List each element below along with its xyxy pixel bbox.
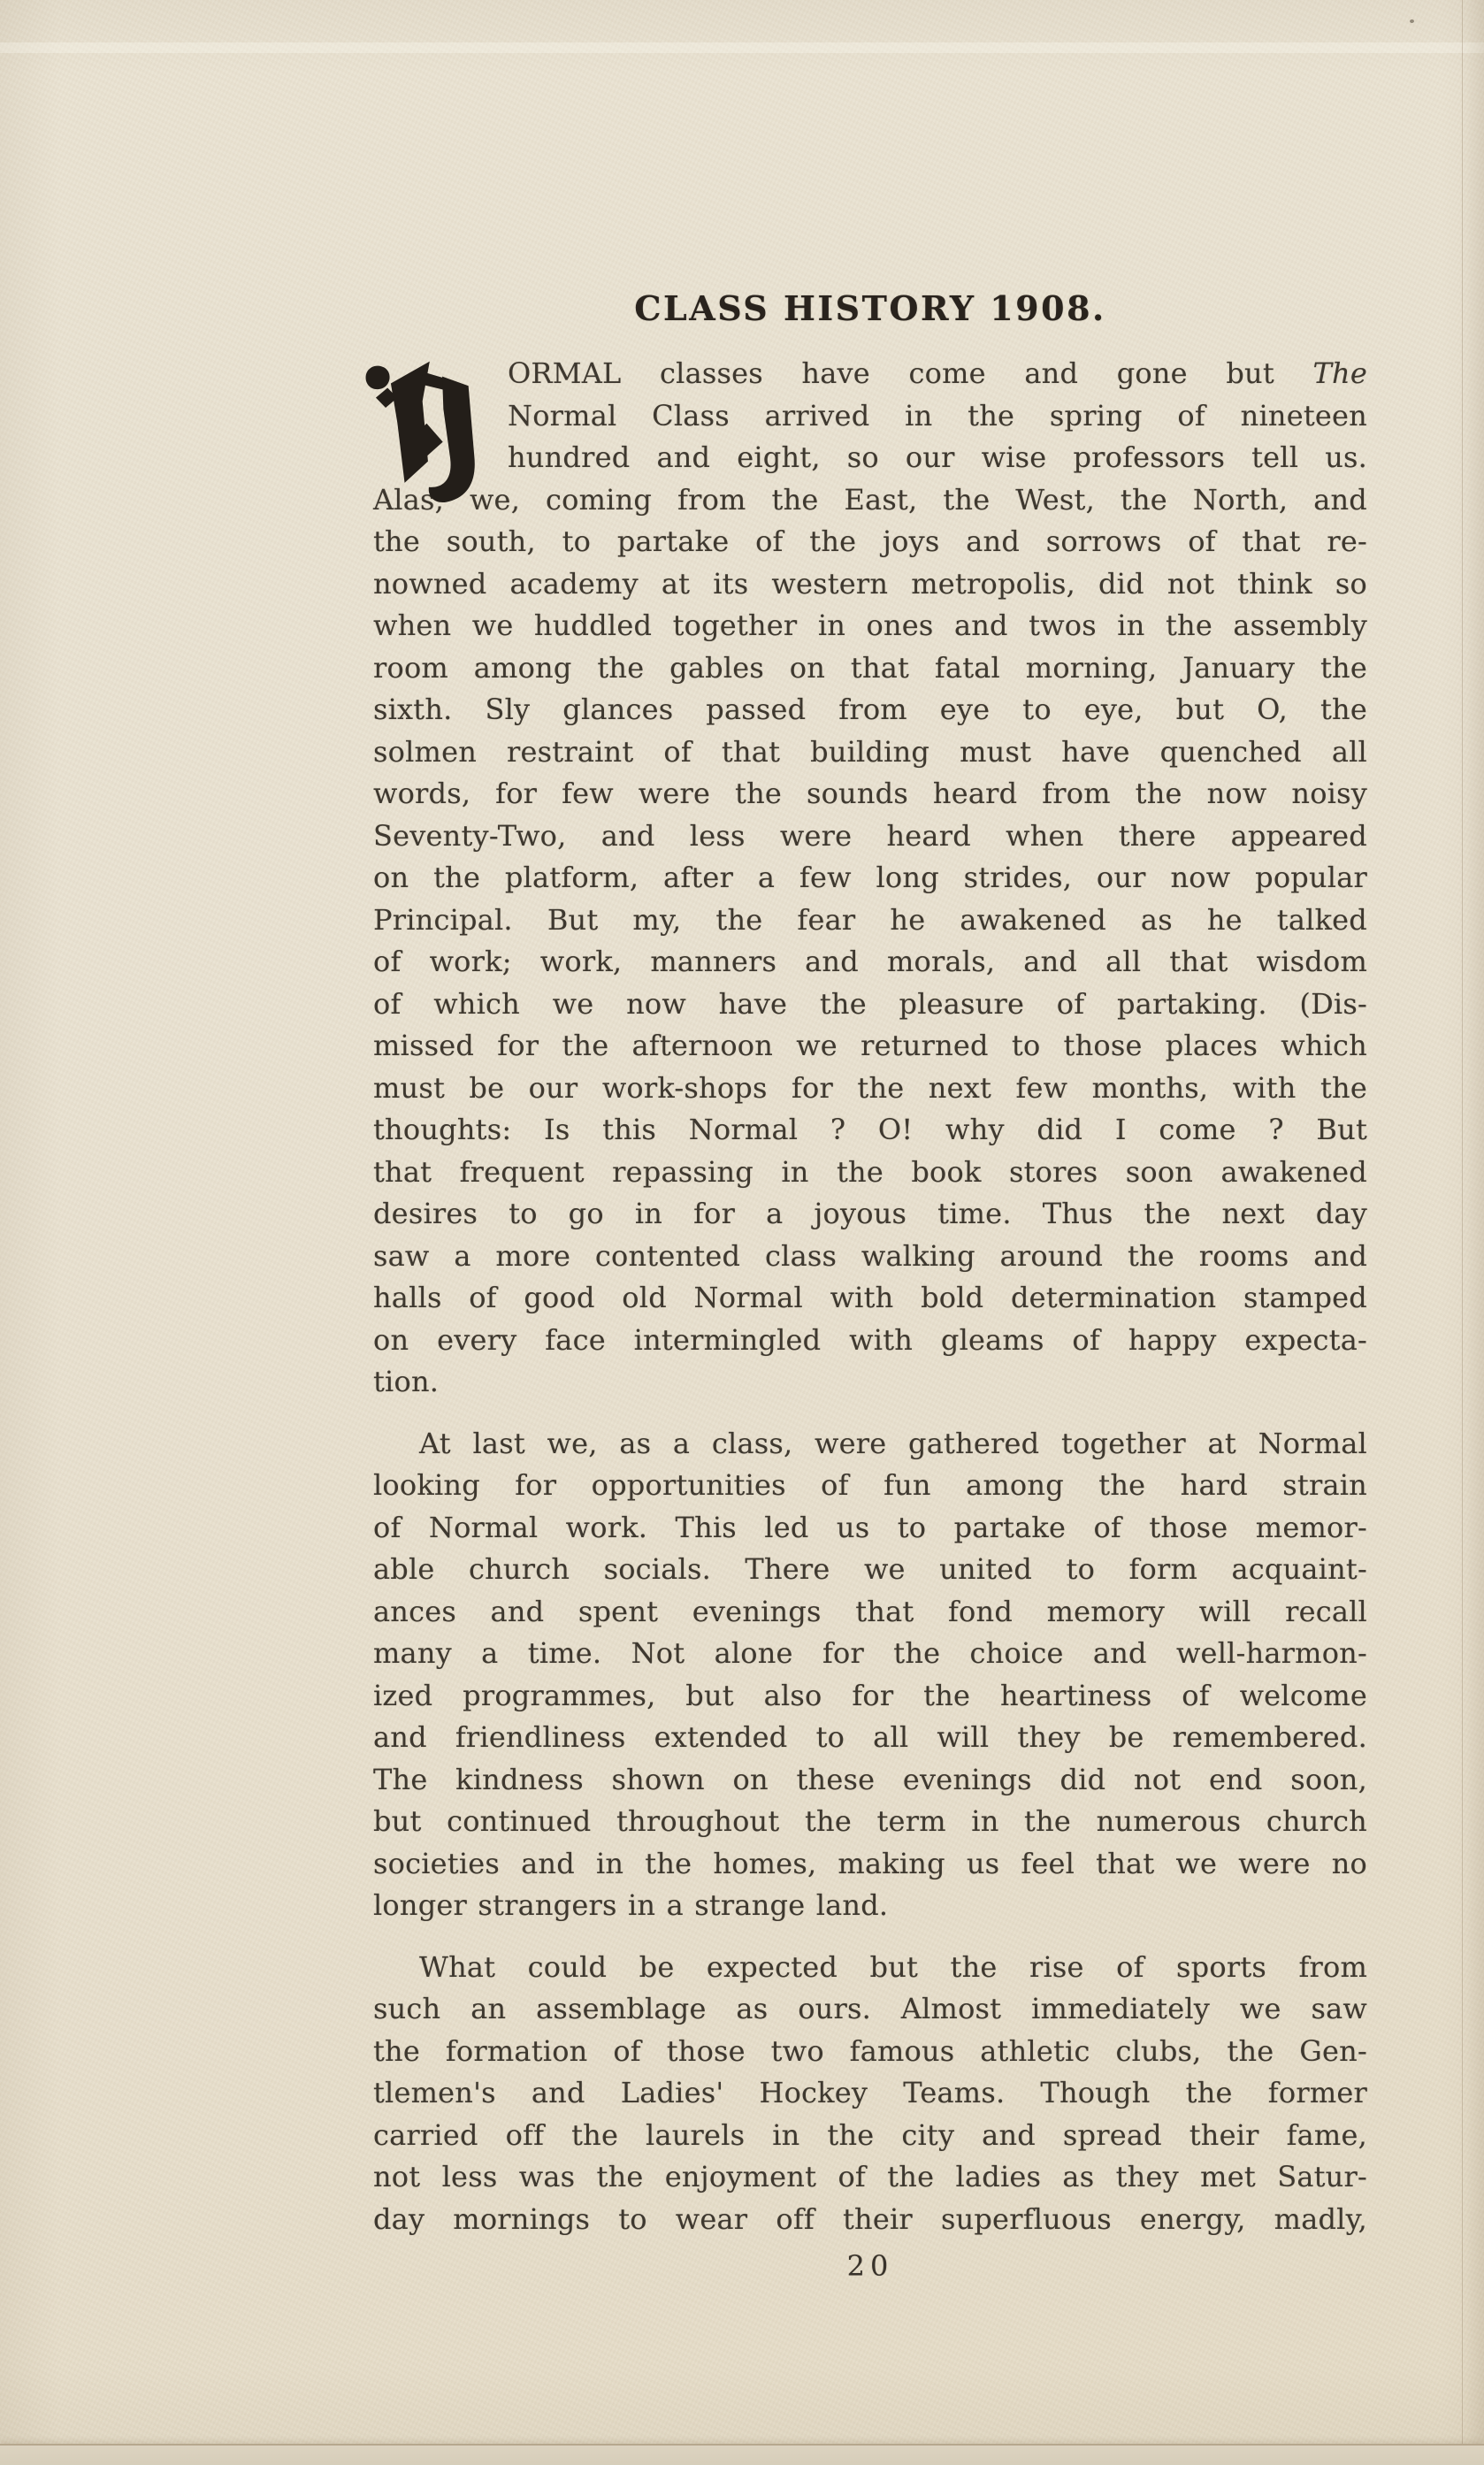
text-line: must be our work-shops for the next few … [373,1068,1367,1110]
page-right-edge [1462,0,1484,2465]
text-line: thoughts: Is this Normal ? O! why did I … [373,1109,1367,1152]
text-line: tlemen's and Ladies' Hockey Teams. Thoug… [373,2072,1367,2115]
text-line: on the platform, after a few long stride… [373,857,1367,899]
text-line: of Normal work. This led us to partake o… [373,1507,1367,1550]
text-line: longer strangers in a strange land. [373,1885,1367,1927]
text-line: that frequent repassing in the book stor… [373,1152,1367,1194]
text-segment: ORMAL classes have come and gone but [508,356,1313,390]
text-line: societies and in the homes, making us fe… [373,1843,1367,1886]
drop-cap-initial-icon [357,356,499,478]
text-line: halls of good old Normal with bold deter… [373,1277,1367,1320]
text-line: words, for few were the sounds heard fro… [373,773,1367,815]
text-line: the south, to partake of the joys and so… [373,521,1367,563]
text-line: ized programmes, but also for the hearti… [373,1675,1367,1718]
text-line: At last we, as a class, were gathered to… [373,1423,1367,1466]
page-title: CLASS HISTORY 1908. [373,288,1367,328]
text-line: room among the gables on that fatal morn… [373,647,1367,690]
paragraph: ORMAL classes have come and gone but The… [373,353,1367,1404]
text-line: nowned academy at its western metropolis… [373,563,1367,606]
text-block: CLASS HISTORY 1908. ORMAL classes have c… [373,288,1367,2283]
text-line: such an assemblage as ours. Almost immed… [373,1988,1367,2031]
body-text: ORMAL classes have come and gone but The… [373,353,1367,2240]
text-line: the formation of those two famous athlet… [373,2031,1367,2073]
text-line: missed for the afternoon we returned to … [373,1025,1367,1068]
text-line: many a time. Not alone for the choice an… [373,1633,1367,1675]
text-line: tion. [373,1361,1367,1404]
text-line: when we huddled together in ones and two… [373,605,1367,647]
text-line: Normal Class arrived in the spring of ni… [373,395,1367,438]
text-line: saw a more contented class walking aroun… [373,1236,1367,1278]
text-line: of work; work, manners and morals, and a… [373,941,1367,984]
paper-speck [1410,19,1414,23]
book-page: CLASS HISTORY 1908. ORMAL classes have c… [0,0,1484,2465]
text-line: and friendliness extended to all will th… [373,1717,1367,1759]
text-line: solmen restraint of that building must h… [373,731,1367,774]
text-line: of which we now have the pleasure of par… [373,984,1367,1026]
page-bottom-edge [0,2444,1484,2465]
text-line: but continued throughout the term in the… [373,1801,1367,1843]
text-line: looking for opportunities of fun among t… [373,1465,1367,1507]
text-line: carried off the laurels in the city and … [373,2115,1367,2157]
text-line: ORMAL classes have come and gone but The [373,353,1367,395]
text-line: ances and spent evenings that fond memor… [373,1591,1367,1634]
text-line: not less was the enjoyment of the ladies… [373,2156,1367,2199]
text-line: What could be expected but the rise of s… [373,1947,1367,1989]
text-line: sixth. Sly glances passed from eye to ey… [373,689,1367,731]
paragraph: At last we, as a class, were gathered to… [373,1423,1367,1927]
text-line: Seventy-Two, and less were heard when th… [373,815,1367,858]
text-line: The kindness shown on these evenings did… [373,1759,1367,1802]
text-line: desires to go in for a joyous time. Thus… [373,1193,1367,1236]
text-line: on every face intermingled with gleams o… [373,1320,1367,1362]
paragraph: What could be expected but the rise of s… [373,1947,1367,2241]
text-line: Principal. But my, the fear he awakened … [373,899,1367,942]
text-line: day mornings to wear off their superfluo… [373,2199,1367,2241]
italic-text: The [1313,356,1368,390]
page-number: 20 [373,2249,1367,2283]
scan-light-band [0,42,1484,53]
text-line: Alas, we, coming from the East, the West… [373,479,1367,522]
text-line: able church socials. There we united to … [373,1549,1367,1591]
text-line: hundred and eight, so our wise professor… [373,437,1367,479]
